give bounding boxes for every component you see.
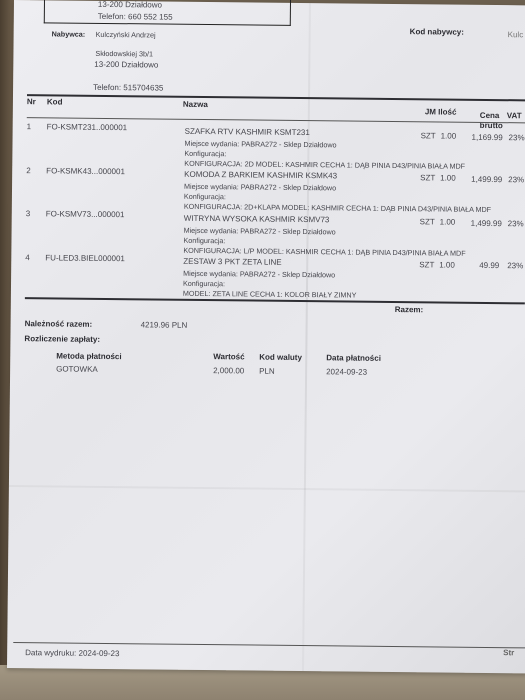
- row-kod: FO-KSMK43...000001: [46, 166, 125, 176]
- row-cena: 1,499.99: [471, 175, 502, 184]
- row-nazwa: SZAFKA RTV KASHMIR KSMT231: [185, 127, 310, 137]
- buyer-phone: Telefon: 515704635: [93, 83, 163, 93]
- payment-header-waluta: Kod waluty: [259, 353, 302, 362]
- header-jm-ilosc: JM Ilość: [425, 107, 457, 116]
- row-kod: FU-LED3.BIEL000001: [45, 253, 125, 263]
- payment-header-data: Data płatności: [326, 353, 381, 363]
- page-label: Str: [503, 648, 514, 657]
- row-vat: 23%: [507, 261, 523, 270]
- buyer-name: Kulczyński Andrzej: [96, 30, 156, 40]
- row-cena: 49.99: [479, 261, 499, 270]
- buyer-code-value: Kulc: [508, 30, 524, 39]
- row-konfiguracja-label: Konfiguracja:: [184, 192, 226, 201]
- print-date: Data wydruku: 2024-09-23: [25, 648, 119, 658]
- row-ilosc: 1.00: [440, 173, 456, 182]
- row-konfiguracja-label: Konfiguracja:: [183, 236, 225, 245]
- row-nr: 4: [25, 253, 30, 262]
- row-cena: 1,499.99: [471, 219, 502, 228]
- row-jm: SZT: [419, 260, 434, 269]
- invoice-document: 13-200 Działdowo Telefon: 660 552 155 Na…: [7, 0, 525, 673]
- buyer-code-label: Kod nabywcy:: [410, 27, 464, 37]
- row-nr: 2: [26, 166, 31, 175]
- row-konfiguracja-label: Konfiguracja:: [184, 149, 226, 158]
- row-miejsce: Miejsce wydania: PABRA272 - Sklep Działd…: [184, 182, 336, 193]
- row-nr: 1: [27, 122, 32, 131]
- naleznosc-label: Należność razem:: [25, 319, 93, 329]
- row-nazwa: WITRYNA WYSOKA KASHMIR KSMV73: [184, 214, 330, 225]
- row-ilosc: 1.00: [440, 217, 456, 226]
- row-jm: SZT: [420, 217, 435, 226]
- payment-data: 2024-09-23: [326, 367, 367, 376]
- header-nazwa: Nazwa: [183, 100, 208, 109]
- row-kod: FO-KSMT231..000001: [47, 122, 128, 132]
- row-nazwa: KOMODA Z BARKIEM KASHMIR KSMK43: [184, 170, 337, 181]
- row-ilosc: 1.00: [441, 131, 457, 140]
- row-kod: FO-KSMV73...000001: [46, 209, 125, 219]
- seller-city: 13-200 Działdowo: [98, 0, 162, 10]
- row-vat: 23%: [508, 219, 524, 228]
- buyer-city: 13-200 Działdowo: [94, 60, 158, 70]
- row-konfiguracja: KONFIGURACJA: 2D MODEL: KASHMIR CECHA 1:…: [184, 159, 465, 171]
- row-miejsce: Miejsce wydania: PABRA272 - Sklep Działd…: [183, 269, 335, 280]
- paper-crease: [9, 485, 525, 492]
- header-kod: Kod: [47, 97, 63, 106]
- buyer-label: Nabywca:: [52, 29, 86, 38]
- row-konfiguracja: KONFIGURACJA: 2D+KLAPA MODEL: KASHMIR CE…: [184, 202, 491, 214]
- row-miejsce: Miejsce wydania: PABRA272 - Sklep Działd…: [184, 226, 336, 237]
- paper-crease: [302, 3, 311, 671]
- payment-wartosc: 2,000.00: [213, 366, 244, 375]
- seller-phone: Telefon: 660 552 155: [98, 12, 173, 22]
- row-jm: SZT: [420, 173, 435, 182]
- header-cena: Cena: [480, 111, 500, 120]
- row-konfiguracja: KONFIGURACJA: L/P MODEL: KASHMIR CECHA 1…: [183, 246, 465, 258]
- row-jm: SZT: [421, 131, 436, 140]
- header-vat: VAT: [507, 111, 522, 120]
- row-konfiguracja: MODEL: ZETA LINE CECHA 1: KOLOR BIAŁY ZI…: [183, 289, 357, 300]
- row-konfiguracja-label: Konfiguracja:: [183, 279, 225, 288]
- naleznosc-value: 4219.96 PLN: [141, 320, 188, 329]
- table-top-rule: [27, 94, 525, 101]
- row-vat: 23%: [509, 133, 525, 142]
- row-ilosc: 1.00: [439, 260, 455, 269]
- row-vat: 23%: [508, 175, 524, 184]
- payment-header-wartosc: Wartość: [213, 352, 244, 361]
- row-cena: 1,169.99: [472, 133, 503, 142]
- row-nazwa: ZESTAW 3 PKT ZETA LINE: [183, 257, 281, 267]
- row-nr: 3: [26, 209, 31, 218]
- payment-header-metoda: Metoda płatności: [56, 351, 121, 361]
- header-nr: Nr: [27, 97, 36, 106]
- razem-label: Razem:: [395, 305, 424, 314]
- payment-waluta: PLN: [259, 367, 275, 376]
- rozliczenie-label: Rozliczenie zapłaty:: [24, 334, 100, 344]
- payment-metoda: GOTOWKA: [56, 364, 98, 373]
- footer-rule: [13, 642, 525, 648]
- buyer-street: Skłodowskiej 3b/1: [95, 49, 153, 59]
- row-miejsce: Miejsce wydania: PABRA272 - Sklep Działd…: [184, 139, 336, 150]
